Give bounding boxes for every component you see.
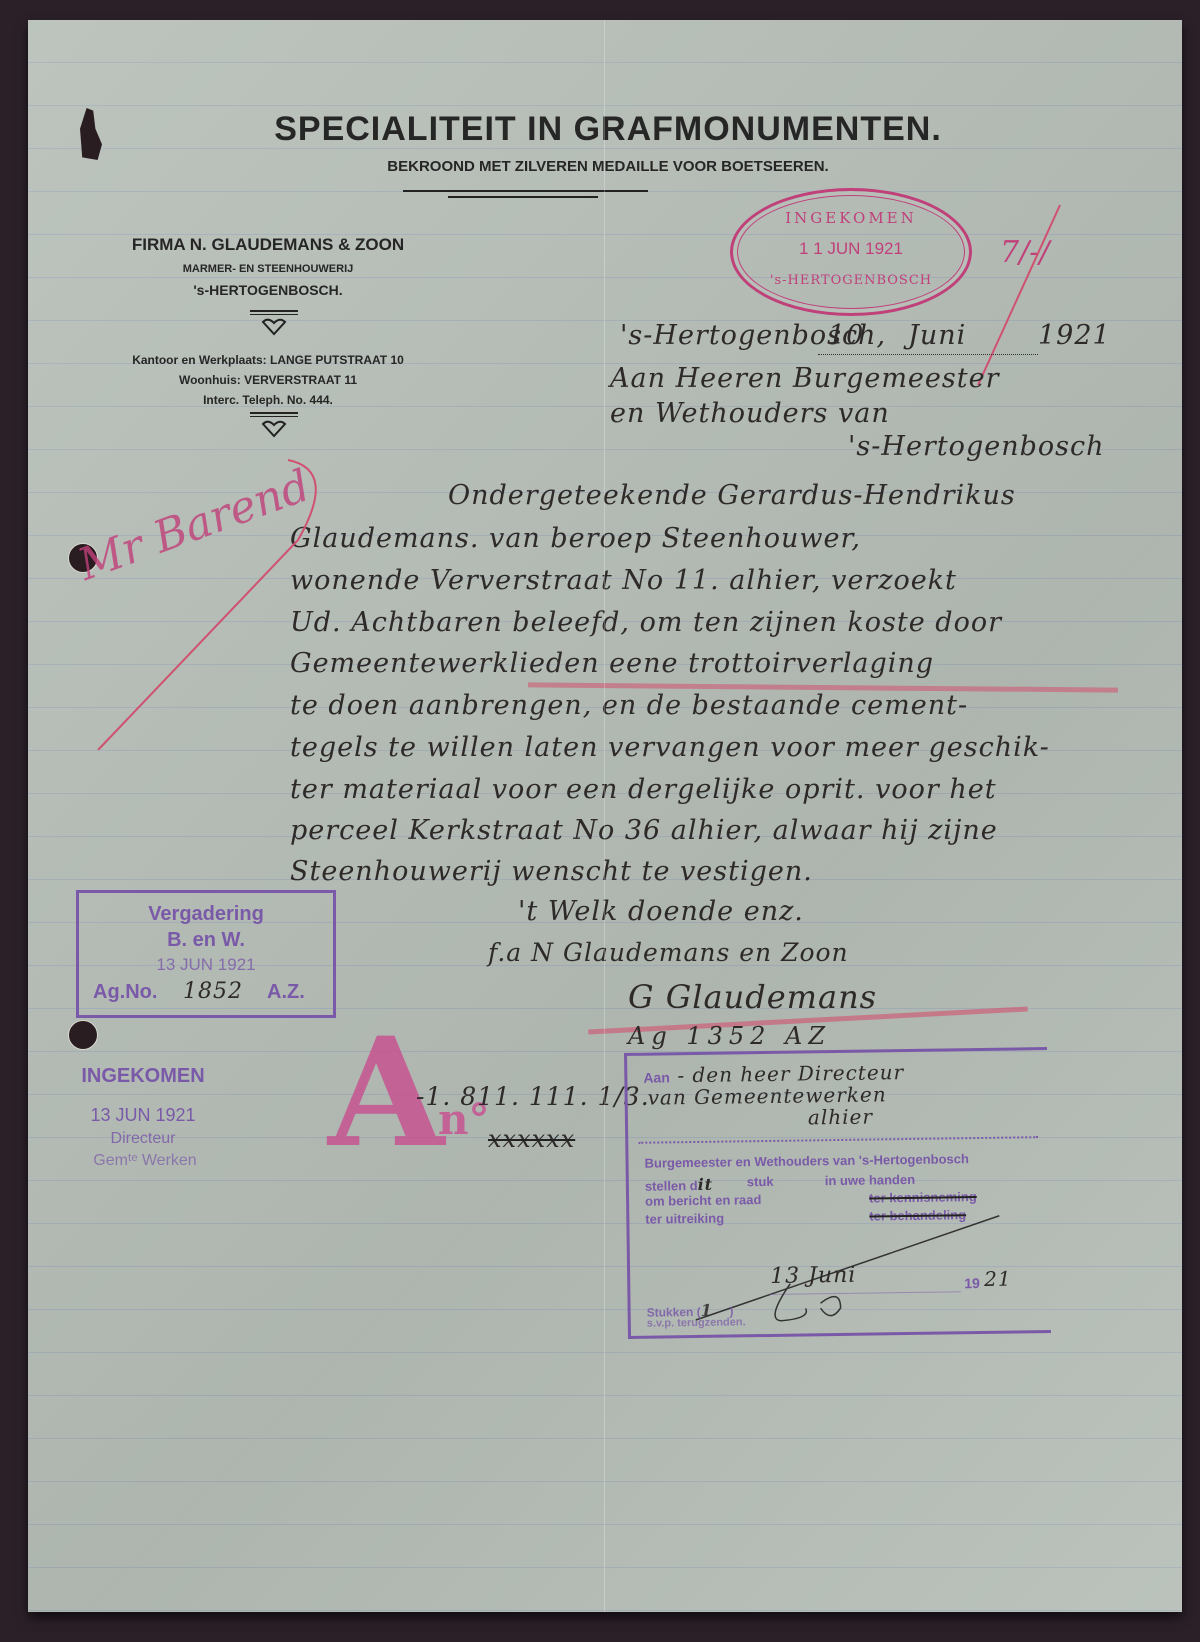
stamp-text: Vergadering <box>79 903 333 926</box>
body-line: wonende Ververstraat No 11. alhier, verz… <box>290 565 957 596</box>
body-line: Ondergeteekende Gerardus-Hendrikus <box>448 480 1016 511</box>
home-label: Woonhuis: <box>179 373 241 387</box>
form-text: 19 <box>964 1275 980 1291</box>
red-pencil-line <box>88 450 328 750</box>
handwritten-ref: Ag 1352 AZ <box>628 1022 831 1050</box>
divider <box>403 190 648 192</box>
form-hand: it <box>697 1175 713 1194</box>
stamp-text: A.Z. <box>267 981 305 1004</box>
letter-month: Juni <box>908 320 966 351</box>
home-address: Woonhuis: VERVERSTRAAT 11 <box>68 373 468 387</box>
letterhead-title: SPECIALITEIT IN GRAFMONUMENTEN. <box>168 110 1048 149</box>
stamp-text: INGEKOMEN <box>68 1065 218 1088</box>
body-line: Gemeentewerklieden eene trottoirverlagin… <box>290 648 934 679</box>
crossed-number: xxxxxx <box>488 1125 575 1153</box>
date-dotted-line <box>818 354 1038 355</box>
closing: 't Welk doende enz. <box>518 896 804 927</box>
phone: Interc. Teleph. No. 444. <box>68 393 468 407</box>
initials-scribble <box>760 1278 851 1329</box>
address-line: Aan Heeren Burgemeester <box>610 363 999 394</box>
divider <box>250 412 298 414</box>
form-divider <box>638 1136 1038 1144</box>
heart-ornament-icon <box>260 318 288 338</box>
body-line: Steenhouwerij wenscht te vestigen. <box>290 856 813 887</box>
divider <box>448 196 598 198</box>
stamp-date: 1 1 JUN 1921 <box>733 239 969 259</box>
office-address: Kantoor en Werkplaats: LANGE PUTSTRAAT 1… <box>68 353 468 367</box>
body-line: tegels te willen laten vervangen voor me… <box>290 732 1050 763</box>
stamp-text: INGEKOMEN <box>733 209 969 227</box>
form-hand: 21 <box>984 1267 1012 1291</box>
form-text: stellen d <box>645 1178 698 1194</box>
ag-number: 1852 <box>183 979 243 1004</box>
stamp-text: B. en W. <box>79 929 333 952</box>
form-hand: alhier <box>808 1104 873 1129</box>
referral-form-stamp: Aan - den heer Directeur van Gemeentewer… <box>624 1047 1051 1339</box>
form-line: stellen dit <box>645 1175 713 1195</box>
home-value: VERVERSTRAAT 11 <box>244 373 357 387</box>
form-text: stuk <box>747 1174 774 1189</box>
paper-tear <box>80 108 102 160</box>
office-label: Kantoor en Werkplaats: <box>132 353 266 367</box>
form-text: in uwe handen <box>825 1172 915 1188</box>
stamp-text: Directeur <box>68 1130 218 1148</box>
punch-hole <box>68 1020 98 1050</box>
stamp-date: 13 JUN 1921 <box>68 1105 218 1126</box>
reference-number: -1. 811. 111. 1/3. <box>416 1082 650 1111</box>
letter-day: 10 <box>828 320 864 351</box>
divider <box>250 416 298 417</box>
form-text: om bericht en raad <box>645 1192 762 1209</box>
document-page: SPECIALITEIT IN GRAFMONUMENTEN. BEKROOND… <box>28 20 1182 1612</box>
firm-name: FIRMA N. GLAUDEMANS & ZOON <box>68 235 468 255</box>
body-line: ter materiaal voor een dergelijke oprit.… <box>290 774 997 805</box>
body-line: te doen aanbrengen, en de bestaande ceme… <box>290 690 968 721</box>
heart-ornament-icon <box>260 420 288 440</box>
form-text: s.v.p. terugzenden. <box>647 1316 746 1329</box>
office-value: LANGE PUTSTRAAT 10 <box>270 353 404 367</box>
stamp-text: Gemᵗᵉ Werken <box>50 1152 240 1170</box>
firm-city: 's-HERTOGENBOSCH. <box>68 282 468 298</box>
letter-year: 1921 <box>1038 320 1111 351</box>
divider <box>250 310 298 312</box>
body-line: perceel Kerkstraat No 36 alhier, alwaar … <box>290 815 998 846</box>
red-pencil-line <box>948 200 1068 390</box>
firm-trade: MARMER- EN STEENHOUWERIJ <box>68 263 468 275</box>
letterhead-subtitle: BEKROOND MET ZILVEREN MEDAILLE VOOR BOET… <box>168 158 1048 175</box>
address-line: en Wethouders van <box>610 398 890 429</box>
stamp-date: 13 JUN 1921 <box>79 955 333 975</box>
stamp-text: 's-HERTOGENBOSCH <box>733 273 969 288</box>
divider <box>250 314 298 315</box>
signature: G Glaudemans <box>628 978 877 1016</box>
received-stamp-red: INGEKOMEN 1 1 JUN 1921 's-HERTOGENBOSCH <box>730 188 972 316</box>
address-line: 's-Hertogenbosch <box>848 431 1105 462</box>
form-text-struck: ter kennisneming <box>869 1189 977 1206</box>
body-line: Glaudemans. van beroep Steenhouwer, <box>290 523 861 554</box>
signature-firm: f.a N Glaudemans en Zoon <box>488 938 849 967</box>
stamp-text: Ag.No. <box>93 981 157 1004</box>
form-label: Aan <box>643 1069 670 1085</box>
meeting-stamp: Vergadering B. en W. 13 JUN 1921 Ag.No. … <box>76 890 336 1018</box>
body-line: Ud. Achtbaren beleefd, om ten zijnen kos… <box>290 607 1002 638</box>
form-heading: Burgemeester en Wethouders van 's-Hertog… <box>644 1151 969 1171</box>
